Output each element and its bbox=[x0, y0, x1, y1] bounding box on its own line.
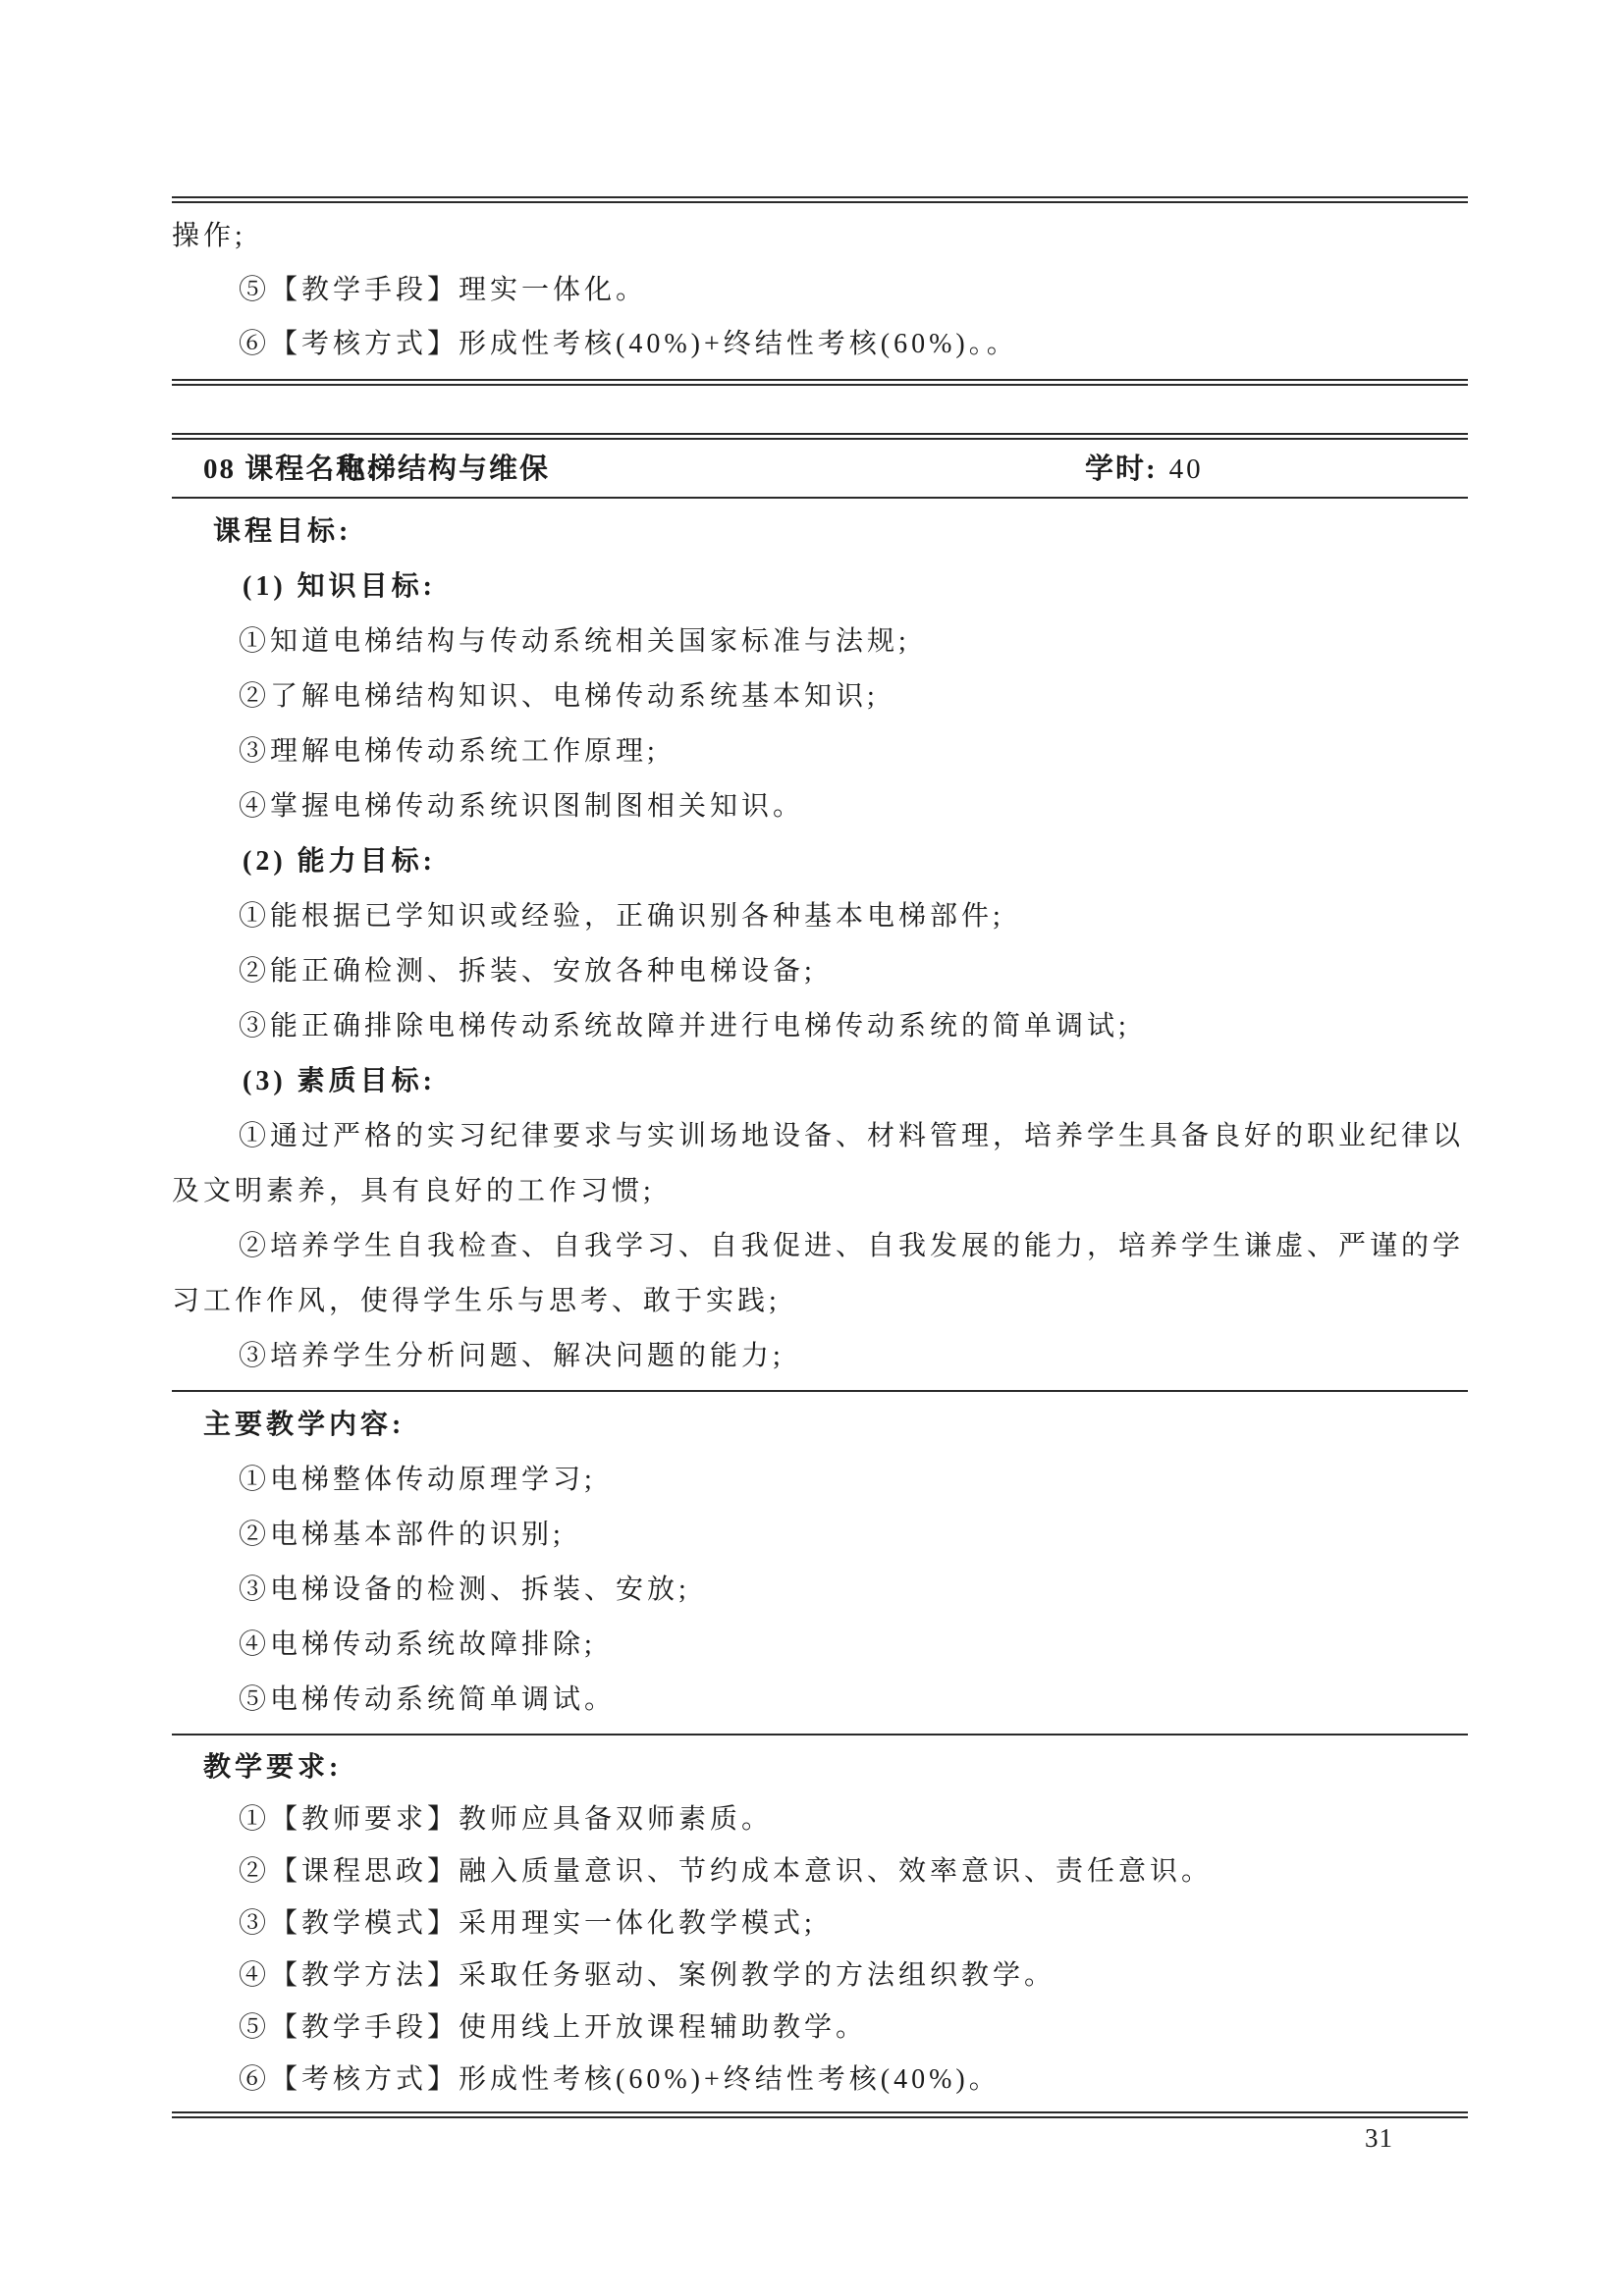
course-hours: 学时:40 bbox=[1085, 440, 1204, 499]
prev-item-teaching-means: ⑤【教学手段】理实一体化。 bbox=[172, 263, 1468, 317]
course-header-row: 08 课程名称: 电梯结构与维保 学时:40 bbox=[172, 440, 1468, 499]
knowledge-item: ④掌握电梯传动系统识图制图相关知识。 bbox=[172, 779, 1468, 834]
prev-item-assessment: ⑥【考核方式】形成性考核(40%)+终结性考核(60%)。。 bbox=[172, 317, 1468, 371]
requirement-item: ③【教学模式】采用理实一体化教学模式; bbox=[172, 1897, 1468, 1949]
hours-label: 学时: bbox=[1085, 454, 1158, 485]
main-content-title: 主要教学内容: bbox=[172, 1398, 1468, 1453]
requirement-item: ⑥【考核方式】形成性考核(60%)+终结性考核(40%)。 bbox=[172, 2054, 1468, 2106]
requirement-item: ④【教学方法】采取任务驱动、案例教学的方法组织教学。 bbox=[172, 1949, 1468, 2002]
main-content-item: ⑤电梯传动系统简单调试。 bbox=[172, 1673, 1468, 1728]
main-content-item: ④电梯传动系统故障排除; bbox=[172, 1618, 1468, 1673]
objectives-title: 课程目标: bbox=[172, 505, 1468, 560]
ability-item: ①能根据已学知识或经验，正确识别各种基本电梯部件; bbox=[172, 889, 1468, 944]
hours-value: 40 bbox=[1169, 454, 1204, 485]
quality-item: ③培养学生分析问题、解决问题的能力; bbox=[172, 1329, 1468, 1384]
requirement-item: ⑤【教学手段】使用线上开放课程辅助教学。 bbox=[172, 2002, 1468, 2054]
quality-objectives-title: (3) 素质目标: bbox=[172, 1054, 1468, 1109]
knowledge-item: ①知道电梯结构与传动系统相关国家标准与法规; bbox=[172, 614, 1468, 669]
quality-item: ①通过严格的实习纪律要求与实训场地设备、材料管理，培养学生具备良好的职业纪律以及… bbox=[172, 1109, 1468, 1219]
ability-item: ②能正确检测、拆装、安放各种电梯设备; bbox=[172, 944, 1468, 999]
page-number: 31 bbox=[1365, 2123, 1393, 2154]
previous-course-footer: 操作; ⑤【教学手段】理实一体化。 ⑥【考核方式】形成性考核(40%)+终结性考… bbox=[172, 196, 1468, 386]
continuation-line: 操作; bbox=[172, 209, 1468, 263]
main-content-item: ③电梯设备的检测、拆装、安放; bbox=[172, 1563, 1468, 1618]
main-content-item: ②电梯基本部件的识别; bbox=[172, 1508, 1468, 1563]
ability-item: ③能正确排除电梯传动系统故障并进行电梯传动系统的简单调试; bbox=[172, 999, 1468, 1054]
requirement-item: ②【课程思政】融入质量意识、节约成本意识、效率意识、责任意识。 bbox=[172, 1845, 1468, 1897]
ability-objectives-title: (2) 能力目标: bbox=[172, 834, 1468, 889]
document-page: { "page": { "number": "31" }, "previous_… bbox=[0, 0, 1624, 2296]
knowledge-objectives-title: (1) 知识目标: bbox=[172, 560, 1468, 614]
course-name-value: 电梯结构与维保 bbox=[337, 440, 550, 499]
page-content: 操作; ⑤【教学手段】理实一体化。 ⑥【考核方式】形成性考核(40%)+终结性考… bbox=[172, 196, 1468, 2118]
main-content-item: ①电梯整体传动原理学习; bbox=[172, 1453, 1468, 1508]
knowledge-item: ③理解电梯传动系统工作原理; bbox=[172, 724, 1468, 779]
objectives-cell: 课程目标: (1) 知识目标: ①知道电梯结构与传动系统相关国家标准与法规; ②… bbox=[172, 499, 1468, 1392]
knowledge-item: ②了解电梯结构知识、电梯传动系统基本知识; bbox=[172, 669, 1468, 724]
requirement-item: ①【教师要求】教师应具备双师素质。 bbox=[172, 1793, 1468, 1845]
main-content-cell: 主要教学内容: ①电梯整体传动原理学习; ②电梯基本部件的识别; ③电梯设备的检… bbox=[172, 1392, 1468, 1735]
quality-item: ②培养学生自我检查、自我学习、自我促进、自我发展的能力，培养学生谦虚、严谨的学习… bbox=[172, 1219, 1468, 1329]
requirements-title: 教学要求: bbox=[172, 1741, 1468, 1793]
course-table: 08 课程名称: 电梯结构与维保 学时:40 课程目标: (1) 知识目标: ①… bbox=[172, 433, 1468, 2118]
requirements-cell: 教学要求: ①【教师要求】教师应具备双师素质。 ②【课程思政】融入质量意识、节约… bbox=[172, 1735, 1468, 2111]
